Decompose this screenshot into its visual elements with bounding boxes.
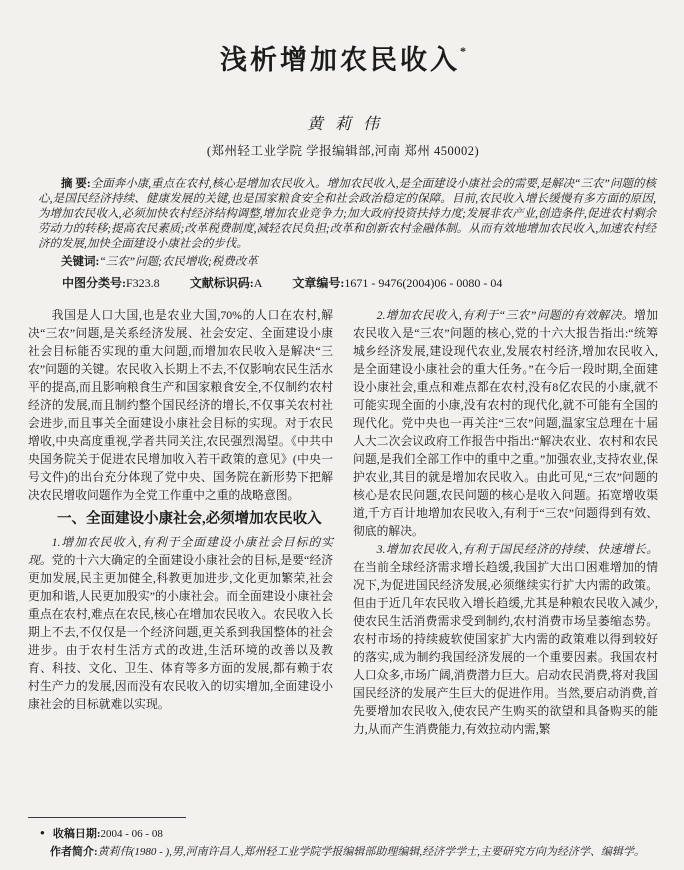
point-2-lead: 2.增加农民收入,有利于“三农”问题的有效解决。 bbox=[377, 308, 634, 322]
author-bio-label: 作者简介: bbox=[50, 846, 98, 858]
paper-title-text: 浅析增加农民收入 bbox=[220, 45, 460, 75]
abstract-paragraph: 摘 要:全面奔小康,重点在农村,核心是增加农民收入。增加农民收入,是全面建设小康… bbox=[38, 177, 656, 252]
point-3-paragraph: 3.增加农民收入,有利于国民经济的持续、快速增长。在当前全球经济需求增长趋缓,我… bbox=[353, 540, 658, 738]
received-date-value: 2004 - 06 - 08 bbox=[101, 828, 163, 840]
footnote-area: ●收稿日期:2004 - 06 - 08 作者简介:黄莉伟(1980 - ),男… bbox=[28, 817, 658, 860]
keywords-line: 关键词:“三农”问题;农民增收;税费改革 bbox=[38, 255, 656, 270]
document-code-label: 文献标识码: bbox=[190, 276, 254, 290]
abstract-label: 摘 要: bbox=[61, 178, 91, 190]
point-1-paragraph: 1.增加农民收入,有利于全面建设小康社会目标的实现。党的十六大确定的全面建设小康… bbox=[28, 533, 333, 713]
keywords-value: “三农”问题;农民增收;税费改革 bbox=[99, 256, 257, 268]
article-id-label: 文章编号: bbox=[292, 276, 344, 290]
article-id-value: 1671 - 9476(2004)06 - 0080 - 04 bbox=[344, 276, 502, 290]
clc-number: 中图分类号:F323.8 bbox=[62, 276, 160, 290]
article-id: 文章编号:1671 - 9476(2004)06 - 0080 - 04 bbox=[292, 276, 502, 290]
footnote-divider bbox=[28, 817, 186, 818]
classification-line: 中图分类号:F323.8文献标识码:A文章编号:1671 - 9476(2004… bbox=[38, 276, 656, 291]
point-3-lead: 3.增加农民收入,有利于国民经济的持续、快速增长。 bbox=[377, 542, 658, 556]
footnote-bullet-icon: ● bbox=[40, 828, 45, 837]
author-bio-line: 作者简介:黄莉伟(1980 - ),男,河南许昌人,郑州轻工业学院学报编辑部助理… bbox=[28, 844, 658, 860]
right-column: 2.增加农民收入,有利于“三农”问题的有效解决。增加农民收入是“三农”问题的核心… bbox=[353, 306, 658, 738]
point-2-body: 增加农民收入是“三农”问题的核心,党的十六大报告指出:“统筹城乡经济发展,建设现… bbox=[353, 308, 658, 538]
paper-page: 浅析增加农民收入* 黄莉伟 (郑州轻工业学院 学报编辑部,河南 郑州 45000… bbox=[0, 0, 684, 870]
paper-title: 浅析增加农民收入* bbox=[28, 38, 658, 77]
title-footnote-mark: * bbox=[460, 44, 466, 58]
body-columns: 我国是人口大国,也是农业大国,70%的人口在农村,解决“三农”问题,是关系经济发… bbox=[28, 306, 658, 738]
received-date-label: 收稿日期: bbox=[53, 828, 101, 840]
keywords-label: 关键词: bbox=[61, 256, 99, 268]
clc-value: F323.8 bbox=[126, 276, 160, 290]
left-column: 我国是人口大国,也是农业大国,70%的人口在农村,解决“三农”问题,是关系经济发… bbox=[28, 306, 333, 738]
received-date-line: ●收稿日期:2004 - 06 - 08 bbox=[28, 825, 658, 842]
intro-paragraph: 我国是人口大国,也是农业大国,70%的人口在农村,解决“三农”问题,是关系经济发… bbox=[28, 306, 333, 504]
abstract-text: 全面奔小康,重点在农村,核心是增加农民收入。增加农民收入,是全面建设小康社会的需… bbox=[38, 178, 656, 250]
document-code-value: A bbox=[254, 276, 263, 290]
section-1-heading: 一、全面建设小康社会,必须增加农民收入 bbox=[28, 509, 333, 530]
point-1-body: 党的十六大确定的全面建设小康社会的目标,是要“经济更加发展,民主更加健全,科教更… bbox=[28, 553, 333, 711]
point-2-paragraph: 2.增加农民收入,有利于“三农”问题的有效解决。增加农民收入是“三农”问题的核心… bbox=[353, 306, 658, 540]
author-affiliation: (郑州轻工业学院 学报编辑部,河南 郑州 450002) bbox=[28, 141, 658, 159]
title-block: 浅析增加农民收入* 黄莉伟 (郑州轻工业学院 学报编辑部,河南 郑州 45000… bbox=[28, 38, 658, 159]
author-name: 黄莉伟 bbox=[28, 111, 658, 134]
point-3-body: 在当前全球经济需求增长趋缓,我国扩大出口困难增加的情况下,为促进国民经济发展,必… bbox=[353, 560, 658, 736]
author-bio-text: 黄莉伟(1980 - ),男,河南许昌人,郑州轻工业学院学报编辑部助理编辑,经济… bbox=[98, 846, 645, 858]
clc-label: 中图分类号: bbox=[62, 276, 126, 290]
document-code: 文献标识码:A bbox=[190, 276, 263, 290]
front-matter: 摘 要:全面奔小康,重点在农村,核心是增加农民收入。增加农民收入,是全面建设小康… bbox=[38, 177, 656, 291]
